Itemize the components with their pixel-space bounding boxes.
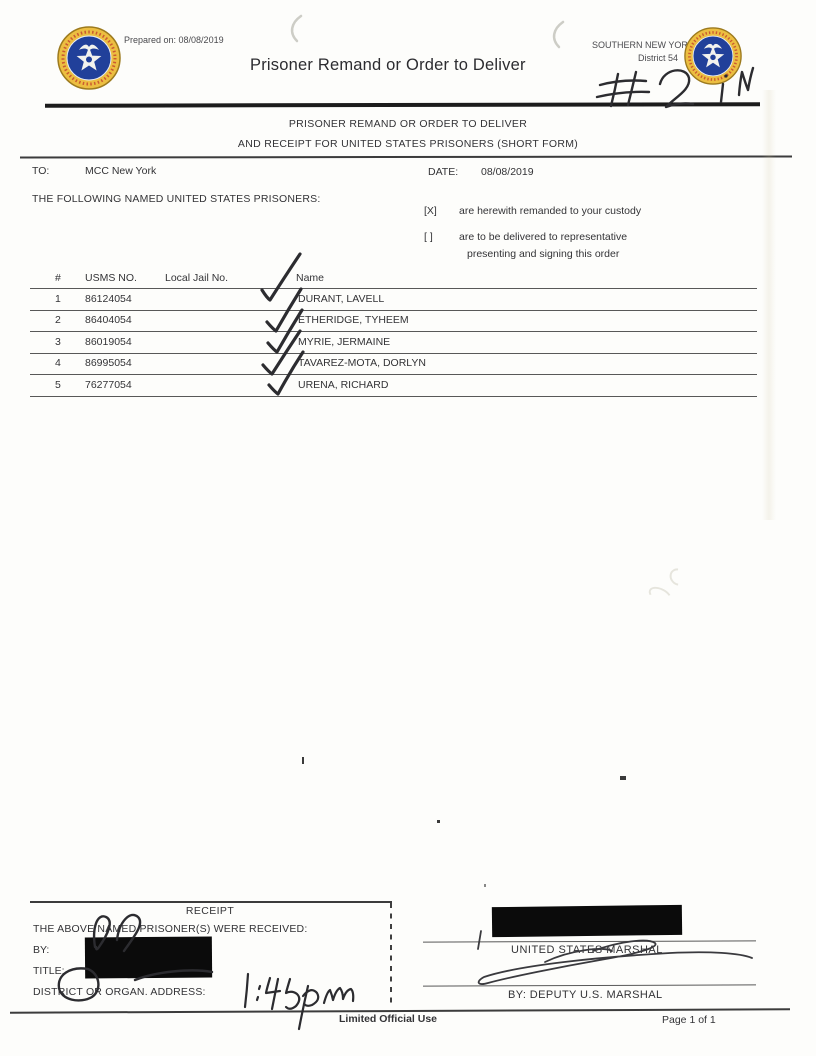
cell-usms: 86404054 <box>85 315 132 327</box>
redaction-box <box>85 936 212 978</box>
usms-seal-icon <box>57 26 121 90</box>
col-header-jail: Local Jail No. <box>165 273 228 285</box>
scan-smudge <box>666 565 690 589</box>
table-rule <box>30 310 757 311</box>
scan-smudge <box>646 584 674 607</box>
form-title-line2: AND RECEIPT FOR UNITED STATES PRISONERS … <box>0 139 816 151</box>
delivered-option-label-2: presenting and signing this order <box>467 249 619 261</box>
receipt-title: RECEIPT <box>30 906 390 918</box>
cell-num: 5 <box>55 380 61 392</box>
form-title-line1: PRISONER REMAND OR ORDER TO DELIVER <box>0 119 816 131</box>
handwritten-time-note <box>245 974 353 1029</box>
deputy-signature-rule <box>423 984 756 986</box>
prisoners-label: THE FOLLOWING NAMED UNITED STATES PRISON… <box>32 194 320 206</box>
district-name: SOUTHERN NEW YORK <box>592 41 694 51</box>
scan-speck <box>437 820 440 823</box>
receipt-top-rule <box>30 901 392 903</box>
to-value: MCC New York <box>85 166 156 178</box>
col-header-name: Name <box>296 273 324 285</box>
usms-seal-icon <box>684 27 742 85</box>
cell-name: MYRIE, JERMAINE <box>298 337 390 349</box>
scanned-document-page: Prepared on: 08/08/2019 Prisoner Remand … <box>0 0 816 1056</box>
marshal-signature-rule <box>423 940 756 942</box>
footer-classification: Limited Official Use <box>339 1014 437 1026</box>
redaction-box <box>492 905 682 937</box>
cell-num: 1 <box>55 294 61 306</box>
delivered-option-label: are to be delivered to representative <box>459 232 627 244</box>
scan-curl-marks <box>292 16 563 47</box>
cell-num: 3 <box>55 337 61 349</box>
receipt-address-label: DISTRICT OR ORGAN. ADDRESS: <box>33 987 206 999</box>
receipt-title-label: TITLE: <box>33 966 65 978</box>
remanded-checkbox: [X] <box>424 206 437 218</box>
cell-usms: 86995054 <box>85 358 132 370</box>
marshal-label: UNITED STATES MARSHAL <box>511 944 663 956</box>
cell-name: DURANT, LAVELL <box>298 294 384 306</box>
marshal-signature-scribble <box>478 931 752 984</box>
table-rule <box>30 374 757 375</box>
cell-name: URENA, RICHARD <box>298 380 388 392</box>
scan-speck <box>302 757 304 764</box>
divider-rule <box>20 155 792 158</box>
page-title: Prisoner Remand or Order to Deliver <box>250 56 526 74</box>
district-number: District 54 <box>638 54 678 64</box>
cell-name: TAVAREZ-MOTA, DORLYN <box>298 358 426 370</box>
cell-usms: 86124054 <box>85 294 132 306</box>
table-rule <box>30 288 757 289</box>
table-rule <box>30 353 757 354</box>
col-header-num: # <box>55 273 61 285</box>
cell-num: 4 <box>55 358 61 370</box>
footer-page-number: Page 1 of 1 <box>662 1015 716 1027</box>
deputy-label: BY: DEPUTY U.S. MARSHAL <box>508 989 662 1001</box>
col-header-usms: USMS NO. <box>85 273 137 285</box>
receipt-dashed-divider <box>390 903 392 1004</box>
date-value: 08/08/2019 <box>481 167 534 179</box>
scan-speck <box>620 776 626 780</box>
cell-num: 2 <box>55 315 61 327</box>
to-label: TO: <box>32 166 49 178</box>
receipt-received-line: THE ABOVE NAMED PRISONER(S) WERE RECEIVE… <box>33 924 307 936</box>
table-rule <box>30 396 757 397</box>
scan-crease <box>762 90 776 520</box>
cell-usms: 86019054 <box>85 337 132 349</box>
header-rule <box>45 102 760 107</box>
receipt-by-label: BY: <box>33 945 49 957</box>
date-label: DATE: <box>428 167 458 179</box>
table-rule <box>30 331 757 332</box>
cell-usms: 76277054 <box>85 380 132 392</box>
prepared-on-label: Prepared on: 08/08/2019 <box>124 36 224 46</box>
remanded-option-label: are herewith remanded to your custody <box>459 206 641 218</box>
delivered-checkbox: [ ] <box>424 232 433 244</box>
scan-speck <box>484 884 486 887</box>
cell-name: ETHERIDGE, TYHEEM <box>298 315 409 327</box>
